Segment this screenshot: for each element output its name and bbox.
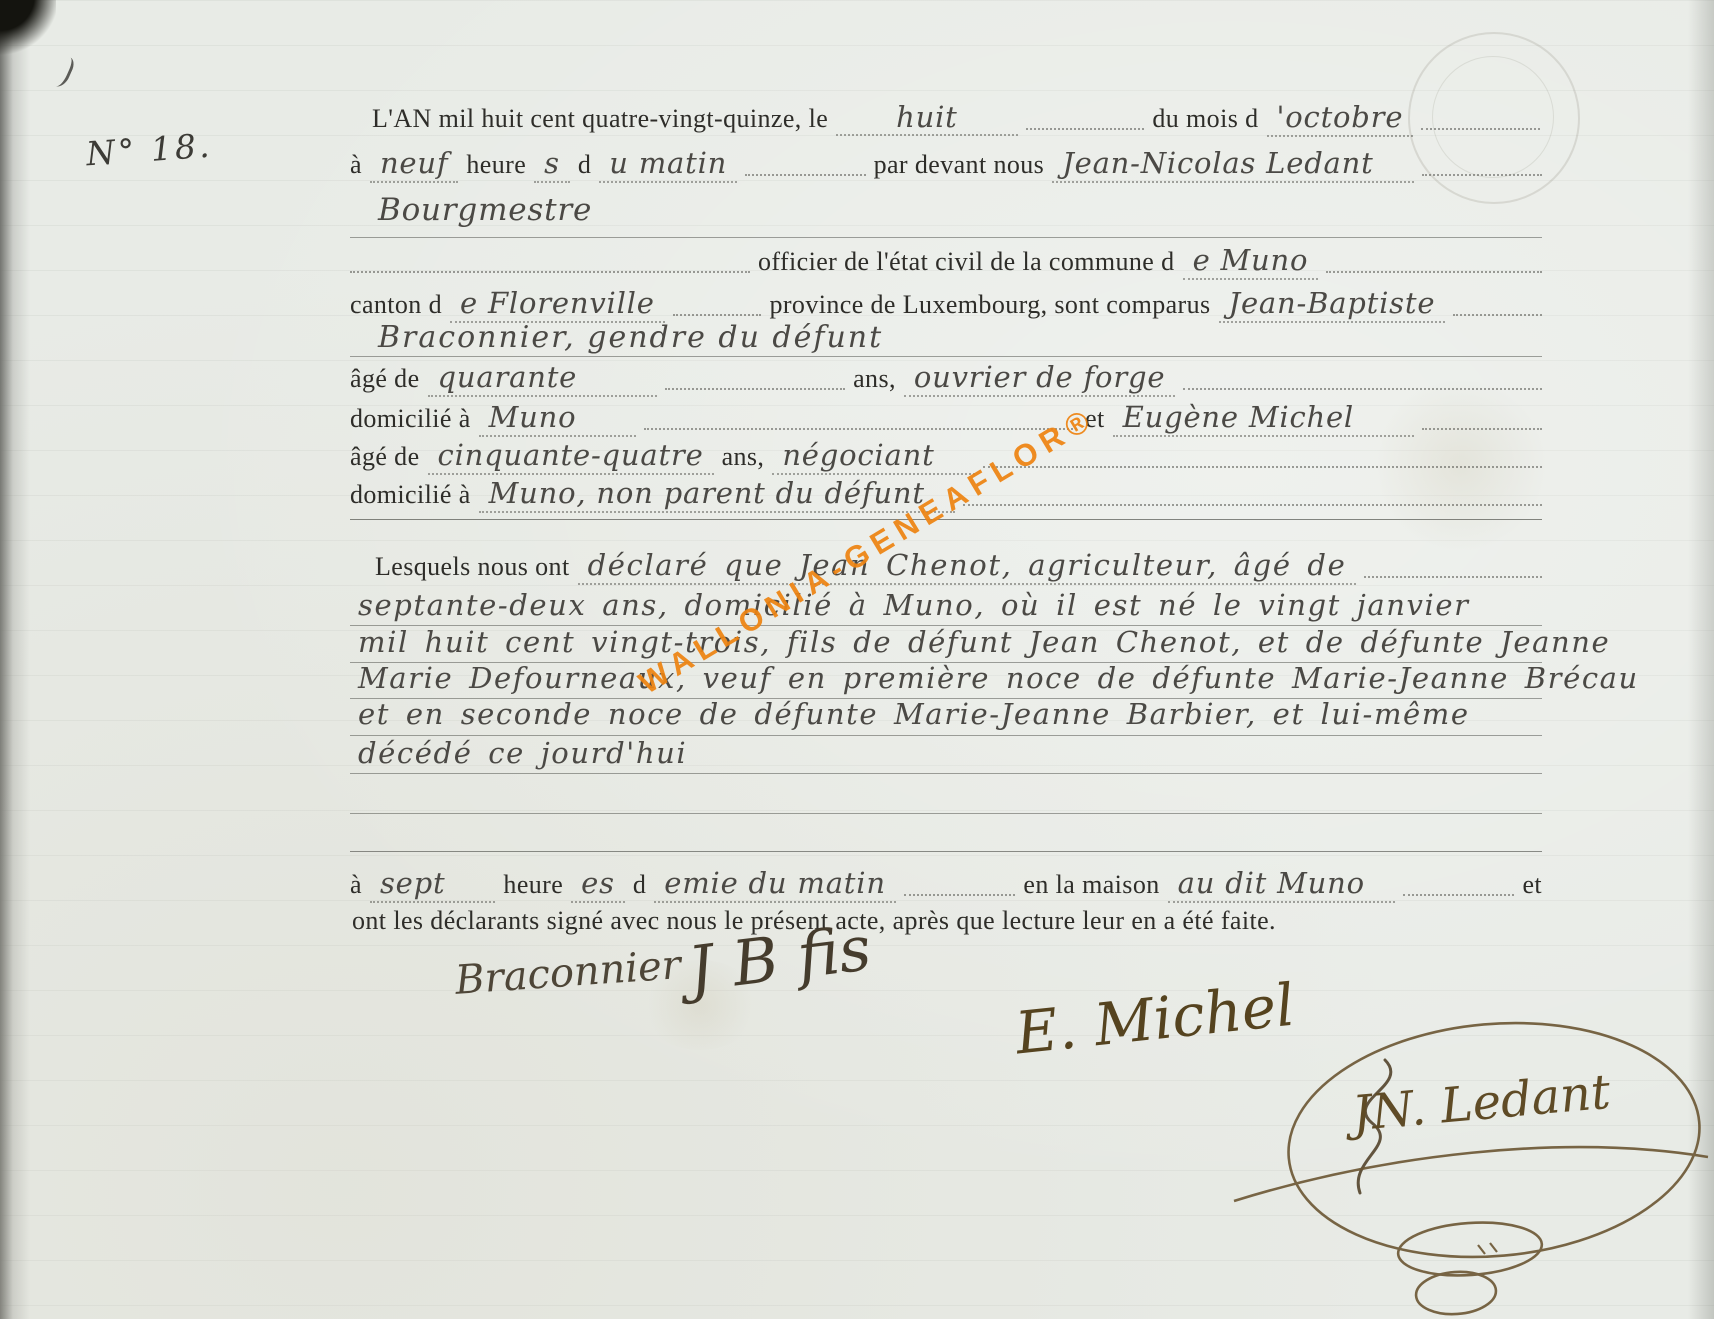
act-line: L'AN mil huit cent quatre-vingt-quinze, … bbox=[372, 100, 1540, 137]
handwritten-fill: négociant bbox=[772, 438, 974, 475]
handwritten-line: mil huit cent vingt-trois, fils de défun… bbox=[358, 625, 1610, 659]
printed-text: domicilié à bbox=[350, 404, 471, 434]
handwritten-fill: Muno, non parent du défunt bbox=[479, 476, 955, 513]
signature-paraph bbox=[1232, 1005, 1710, 1317]
handwritten-fill: e Muno bbox=[1183, 243, 1319, 280]
printed-text: d bbox=[578, 150, 591, 180]
dotted-leader bbox=[1183, 386, 1542, 390]
printed-text: âgé de bbox=[350, 442, 420, 472]
ruled-line bbox=[350, 356, 1542, 357]
handwritten-fill: cinquante-quatre bbox=[428, 438, 714, 475]
printed-text: à bbox=[350, 150, 362, 180]
handwritten-line: Marie Defourneaux, veuf en première noce… bbox=[358, 661, 1639, 695]
dotted-leader bbox=[644, 426, 1077, 430]
printed-text: heure bbox=[466, 150, 526, 180]
printed-text: domicilié à bbox=[350, 480, 471, 510]
dotted-leader bbox=[745, 172, 865, 176]
act-line: à sept heure es d emie du matin en la ma… bbox=[350, 866, 1542, 903]
handwritten-fill: emie du matin bbox=[654, 866, 896, 903]
act-number: N° 18. bbox=[85, 126, 214, 174]
printed-text: L'AN mil huit cent quatre-vingt-quinze, … bbox=[372, 104, 828, 134]
dotted-leader bbox=[904, 892, 1016, 896]
dotted-leader bbox=[963, 502, 1542, 506]
act-line: canton d e Florenville province de Luxem… bbox=[350, 286, 1542, 323]
dotted-leader bbox=[1422, 426, 1542, 430]
printed-text: ans, bbox=[853, 364, 896, 394]
handwritten-fill: es bbox=[571, 866, 625, 903]
handwritten-line: et en seconde noce de défunte Marie-Jean… bbox=[358, 697, 1470, 731]
act-line: âgé de cinquante-quatre ans, négociant bbox=[350, 438, 1542, 475]
dotted-leader bbox=[1026, 126, 1145, 130]
dotted-leader bbox=[1403, 892, 1515, 896]
dotted-leader bbox=[673, 312, 762, 316]
printed-text: heure bbox=[503, 870, 563, 900]
dotted-leader bbox=[1421, 126, 1540, 130]
handwritten-fill: 'octobre bbox=[1267, 100, 1414, 137]
printed-text: d bbox=[633, 870, 646, 900]
ruled-line bbox=[350, 813, 1542, 814]
printed-text: à bbox=[350, 870, 362, 900]
handwritten-line: septante-deux ans, domicilié à Muno, où … bbox=[358, 588, 1470, 622]
handwritten-fill: au dit Muno bbox=[1168, 866, 1395, 903]
handwritten-fill: Jean-Nicolas Ledant bbox=[1052, 146, 1413, 183]
printed-text: âgé de bbox=[350, 364, 420, 394]
printed-text: du mois d bbox=[1152, 104, 1258, 134]
printed-text: officier de l'état civil de la commune d bbox=[758, 247, 1175, 277]
act-line: à neuf heure s d u matin par devant nous… bbox=[350, 146, 1542, 183]
ruled-line bbox=[350, 851, 1542, 852]
dotted-leader bbox=[1326, 269, 1542, 273]
handwritten-fill: e Florenville bbox=[450, 286, 665, 323]
dotted-leader bbox=[1453, 312, 1542, 316]
handwritten-line: décédé ce jourd'hui bbox=[358, 736, 687, 770]
printed-text: province de Luxembourg, sont comparus bbox=[769, 290, 1210, 320]
printed-text: en la maison bbox=[1023, 870, 1159, 900]
handwritten-fill: Braconnier, gendre du défunt bbox=[378, 320, 883, 355]
handwritten-fill: quarante bbox=[428, 360, 658, 397]
act-line: Lesquels nous ont déclaré que Jean Cheno… bbox=[375, 548, 1542, 585]
printed-text: ans, bbox=[722, 442, 765, 472]
handwritten-fill: Jean-Baptiste bbox=[1219, 286, 1446, 323]
ruled-line bbox=[350, 773, 1542, 774]
ink-smudge bbox=[46, 53, 76, 90]
handwritten-fill: Muno bbox=[479, 400, 637, 437]
act-line: domicilié à Muno et Eugène Michel bbox=[350, 400, 1542, 437]
handwritten-fill: sept bbox=[370, 866, 495, 903]
dotted-leader bbox=[1364, 574, 1542, 578]
dotted-leader bbox=[1422, 172, 1542, 176]
printed-text: et bbox=[1522, 870, 1542, 900]
handwritten-fill: huit bbox=[836, 100, 1017, 136]
handwritten-fill: Eugène Michel bbox=[1113, 400, 1414, 437]
handwritten-fill: u matin bbox=[599, 146, 737, 183]
death-act-register-scan: N° 18. WALLONIA-GENEAFLOR® L'AN mil huit… bbox=[0, 0, 1714, 1319]
dotted-leader bbox=[983, 464, 1542, 468]
ruled-line bbox=[350, 237, 1542, 238]
act-line: officier de l'état civil de la commune d… bbox=[350, 243, 1542, 280]
handwritten-fill: s bbox=[534, 146, 570, 183]
printed-text: canton d bbox=[350, 290, 442, 320]
handwritten-fill: ouvrier de forge bbox=[904, 360, 1175, 397]
handwritten-fill: neuf bbox=[370, 146, 458, 183]
handwritten-fill: Bourgmestre bbox=[378, 192, 592, 228]
printed-text: par devant nous bbox=[874, 150, 1045, 180]
handwritten-fill: déclaré que Jean Chenot, agriculteur, âg… bbox=[578, 548, 1357, 585]
dotted-leader bbox=[350, 269, 750, 273]
printed-text: Lesquels nous ont bbox=[375, 552, 570, 582]
act-line: âgé de quarante ans, ouvrier de forge bbox=[350, 360, 1542, 397]
binding-shadow bbox=[0, 0, 56, 56]
dotted-leader bbox=[665, 386, 845, 390]
